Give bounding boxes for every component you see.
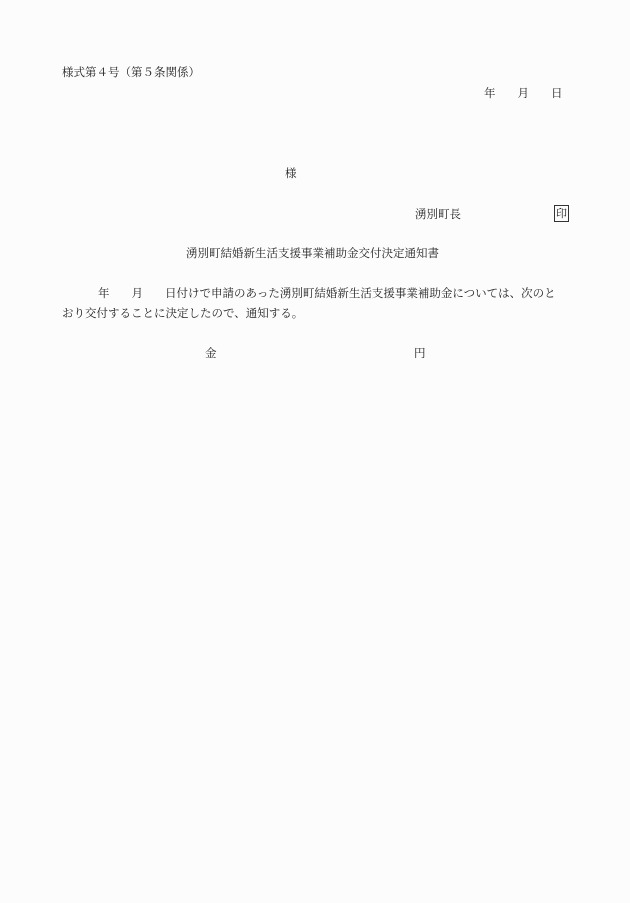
date-month-label: 月 [518, 85, 530, 101]
body-text-line-2: おり交付することに決定したので、通知する。 [62, 305, 303, 321]
date-year-label: 年 [484, 85, 496, 101]
body-line1-text: 日付けで申請のあった湧別町結婚新生活支援事業補助金については、次のと [165, 286, 556, 300]
seal-stamp-box: 印 [554, 205, 569, 222]
body-year-label: 年 [98, 286, 110, 300]
body-text-line-1: 年月日付けで申請のあった湧別町結婚新生活支援事業補助金については、次のと [98, 285, 556, 301]
amount-label: 金 [205, 345, 217, 361]
body-month-label: 月 [132, 286, 144, 300]
issuer-name: 湧別町長 [415, 206, 461, 222]
date-day-label: 日 [551, 85, 563, 101]
document-title: 湧別町結婚新生活支援事業補助金交付決定通知書 [186, 245, 439, 261]
addressee-suffix: 様 [285, 165, 297, 181]
form-number: 様式第４号（第５条関係） [62, 64, 200, 80]
amount-unit: 円 [414, 345, 426, 361]
date-line: 年月日 [484, 85, 563, 101]
